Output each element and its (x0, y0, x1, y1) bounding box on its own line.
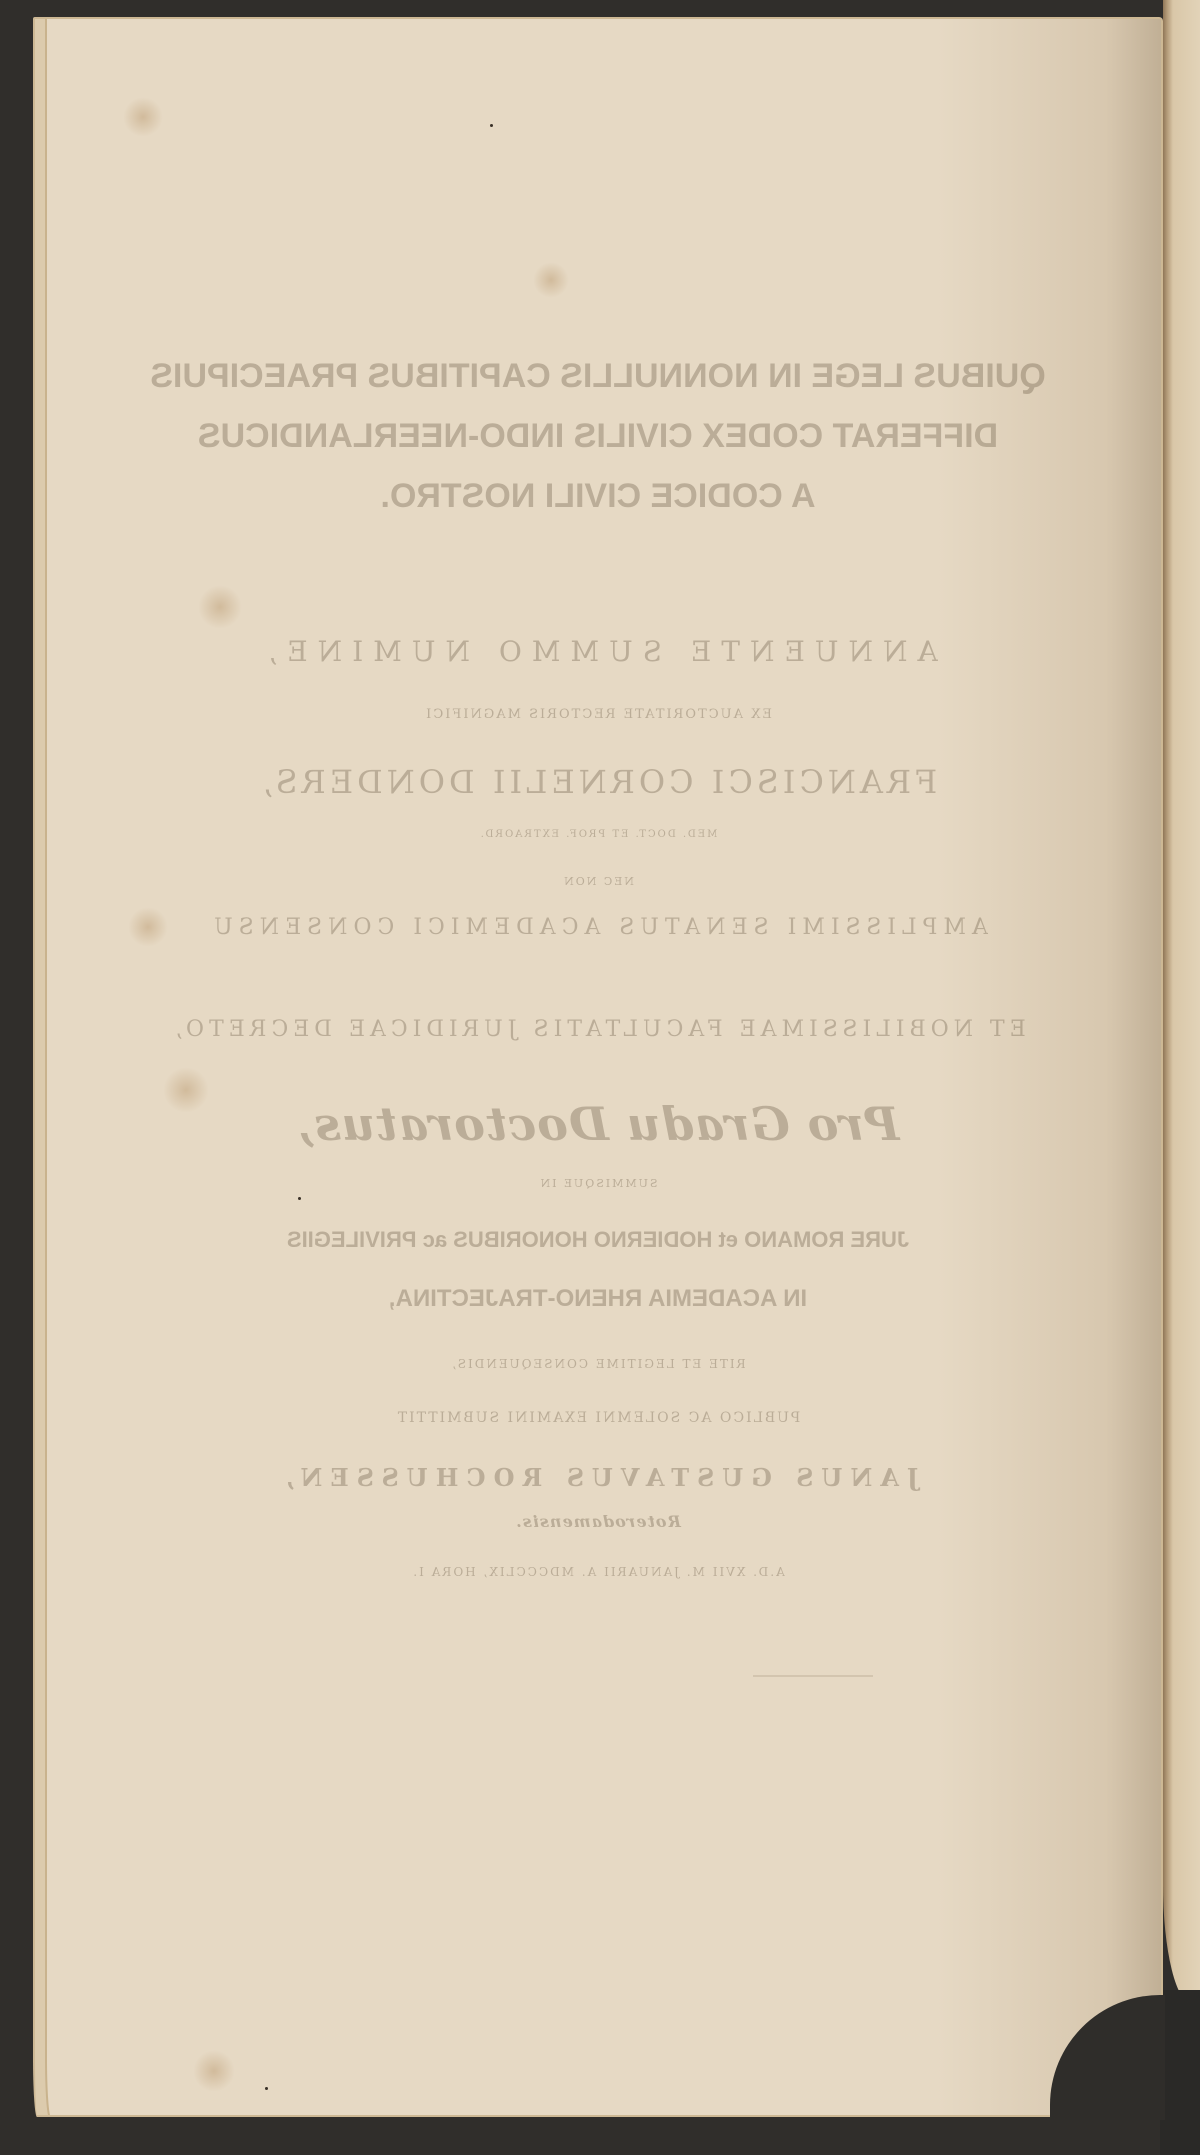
foxing-stain (123, 97, 163, 137)
speck (490, 124, 493, 127)
bleed-roterodamensis: Roterodamensis. (33, 1512, 1163, 1531)
bleed-rite: RITE ET LEGITIME CONSEQUENDIS, (33, 1357, 1163, 1371)
bleed-summisque: SUMMISQUE IN (33, 1177, 1163, 1190)
adjacent-page-edge (1163, 0, 1200, 2005)
bleed-academia: IN ACADEMIA RHENO-TRAJECTINA, (33, 1285, 1163, 1313)
bleed-title-line-3: A CODICE CIVILI NOSTRO. (33, 477, 1163, 516)
bleed-rector-name: FRANCISCI CORNELII DONDERS, (33, 763, 1163, 801)
bleed-annuente: ANNUENTE SUMMO NUMINE, (33, 635, 1163, 668)
speck (298, 1197, 301, 1200)
bleed-jure-romano: JURE ROMANO et HODIERNO HONORIBUS ac PRI… (33, 1227, 1163, 1253)
bleed-date: A.D. XVII M. JANUARII A. MDCCCLIX, HORA … (33, 1565, 1163, 1579)
foxing-stain (193, 2050, 235, 2092)
bleed-title-line-1: QUIBUS LEGE IN NONNULLIS CAPITIBUS PRAEC… (33, 357, 1163, 396)
bleed-pro-gradu: Pro Gradu Doctoratus, (33, 1097, 1163, 1151)
bleed-title-line-2: DIFFERAT CODEX CIVILIS INDO-NEERLANDICUS (33, 417, 1163, 456)
bleed-senatus: AMPLISSIMI SENATUS ACADEMICI CONSENSU (33, 915, 1163, 940)
foxing-stain (533, 262, 569, 298)
book-page: QUIBUS LEGE IN NONNULLIS CAPITIBUS PRAEC… (33, 17, 1163, 2117)
foxing-stain (198, 585, 242, 629)
bleed-rule (753, 1675, 873, 1677)
bleed-nec-non: NEC NON (33, 875, 1163, 888)
bleed-publico: PUBLICO AC SOLEMNI EXAMINI SUBMITTIT (33, 1410, 1163, 1426)
speck (265, 2087, 268, 2090)
bleed-facultatis: ET NOBILISSIMAE FACULTATIS JURIDICAE DEC… (33, 1017, 1163, 1042)
gutter-shadow (1160, 1990, 1200, 2155)
bleed-rector-title: MED. DOCT. ET PROF. EXTRAORD. (33, 829, 1163, 840)
bleed-ex-auctoritate: EX AUCTORITATE RECTORIS MAGNIFICI (33, 707, 1163, 722)
bleed-author: JANUS GUSTAVUS ROCHUSSEN, (33, 1463, 1163, 1492)
